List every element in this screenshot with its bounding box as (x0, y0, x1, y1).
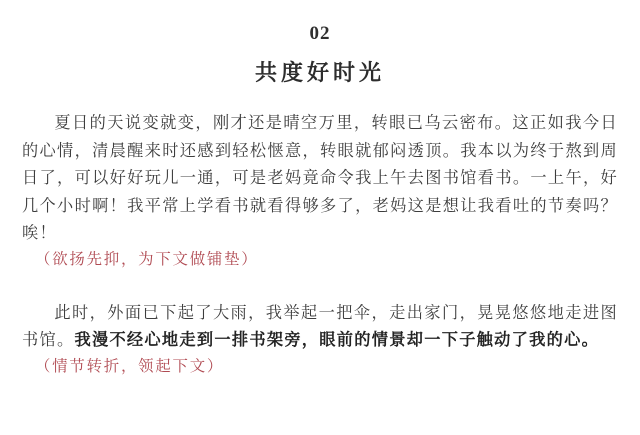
annotation-2: （情节转折，领起下文） (22, 356, 618, 377)
paragraph-2: 此时，外面已下起了大雨，我举起一把伞，走出家门，晃晃悠悠地走进图书馆。我漫不经心… (22, 300, 618, 355)
paragraph-2-emphasis: 我漫不经心地走到一排书架旁，眼前的情景却一下子触动了我的心。 (74, 331, 599, 349)
paragraph-1: 夏日的天说变就变，刚才还是晴空万里，转眼已乌云密布。这正如我今日的心情，清晨醒来… (22, 110, 618, 248)
essay-body: 夏日的天说变就变，刚才还是晴空万里，转眼已乌云密布。这正如我今日的心情，清晨醒来… (22, 110, 618, 377)
essay-title: 共度好时光 (0, 45, 640, 85)
annotation-1: （欲扬先抑，为下文做铺垫） (22, 249, 618, 270)
section-number: 02 (0, 0, 640, 45)
document-page: 02 共度好时光 夏日的天说变就变，刚才还是晴空万里，转眼已乌云密布。这正如我今… (0, 0, 640, 435)
